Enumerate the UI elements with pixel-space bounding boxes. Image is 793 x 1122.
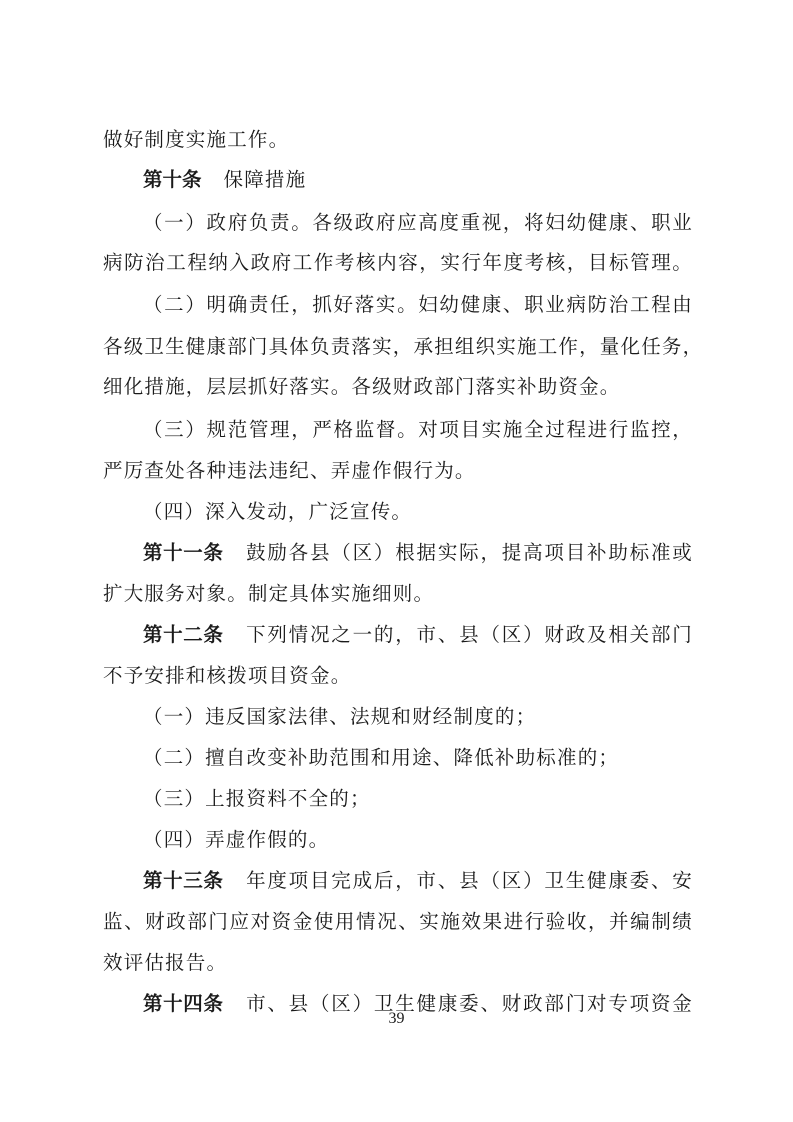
article-number: 第十二条 xyxy=(143,623,223,646)
article-number: 第十三条 xyxy=(143,869,223,892)
text-line: 不予安排和核拨项目资金。 xyxy=(103,664,693,688)
text-line: 病防治工程纳入政府工作考核内容，实行年度考核，目标管理。 xyxy=(103,251,693,275)
list-item: （三）上报资料不全的； xyxy=(103,787,693,811)
article-heading-line: 第十条保障措施 xyxy=(103,168,693,192)
article-text: 保障措施 xyxy=(224,168,307,191)
text-line: 做好制度实施工作。 xyxy=(103,128,693,152)
text-line: （四）深入发动，广泛宣传。 xyxy=(103,500,693,524)
text-line: （二）明确责任，抓好落实。妇幼健康、职业病防治工程由 xyxy=(103,293,693,317)
text-line: （一）政府负责。各级政府应高度重视，将妇幼健康、职业 xyxy=(103,211,693,235)
text-line: 各级卫生健康部门具体负责落实，承担组织实施工作，量化任务， xyxy=(103,335,693,359)
article-number: 第十条 xyxy=(143,168,202,191)
article-heading-line: 第十三条年度项目完成后，市、县（区）卫生健康委、安 xyxy=(103,869,693,893)
text-line: 监、财政部门应对资金使用情况、实施效果进行验收，并编制绩 xyxy=(103,910,693,934)
article-text: 年度项目完成后，市、县（区）卫生健康委、安 xyxy=(245,869,693,892)
list-item: （一）违反国家法律、法规和财经制度的； xyxy=(103,705,693,729)
text-line: （三）规范管理，严格监督。对项目实施全过程进行监控， xyxy=(103,418,693,442)
article-text: 下列情况之一的，市、县（区）财政及相关部门 xyxy=(245,623,693,646)
article-heading-line: 第十一条鼓励各县（区）根据实际，提高项目补助标准或 xyxy=(103,541,693,565)
text-line: 扩大服务对象。制定具体实施细则。 xyxy=(103,582,693,606)
list-item: （二）擅自改变补助范围和用途、降低补助标准的； xyxy=(103,746,693,770)
article-text: 鼓励各县（区）根据实际，提高项目补助标准或 xyxy=(245,541,693,564)
article-number: 第十一条 xyxy=(143,541,223,564)
text-line: 细化措施，层层抓好落实。各级财政部门落实补助资金。 xyxy=(103,375,693,399)
list-item: （四）弄虚作假的。 xyxy=(103,828,693,852)
article-heading-line: 第十二条下列情况之一的，市、县（区）财政及相关部门 xyxy=(103,623,693,647)
text-line: 效评估报告。 xyxy=(103,951,693,975)
page-number: 39 xyxy=(0,1010,793,1028)
text-line: 严厉查处各种违法违纪、弄虚作假行为。 xyxy=(103,459,693,483)
